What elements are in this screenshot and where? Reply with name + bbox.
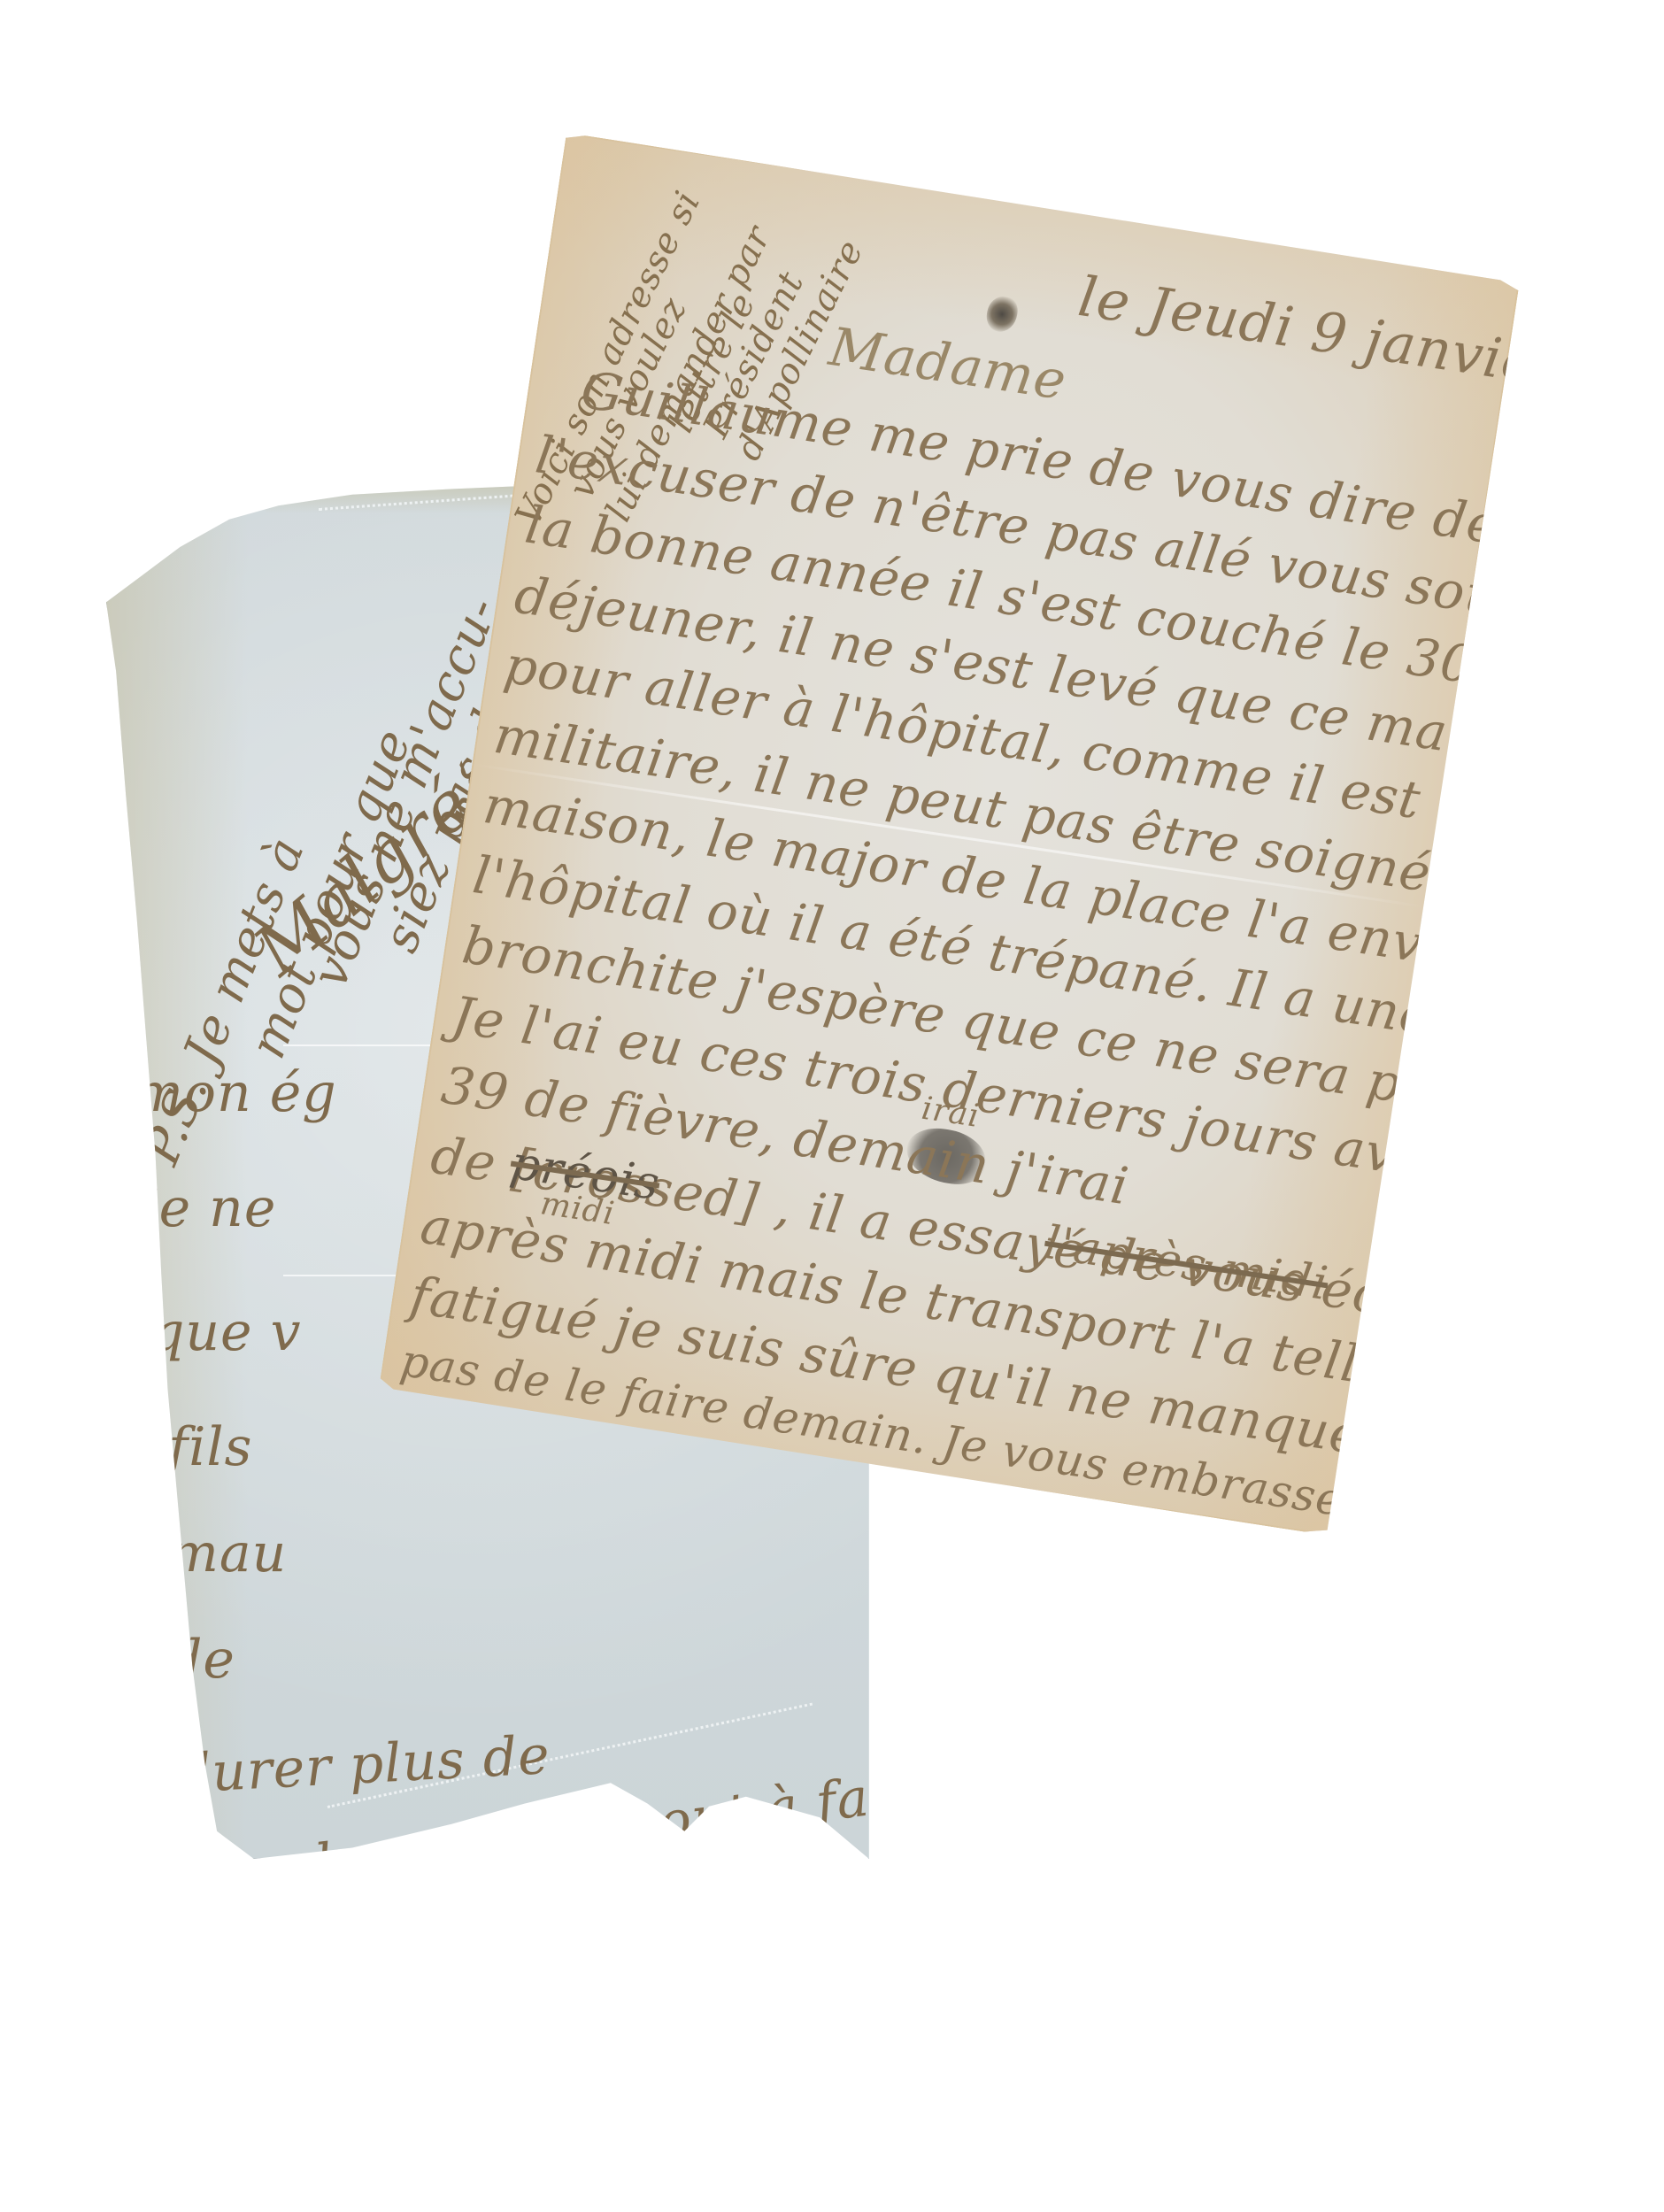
body-line: mon ég bbox=[133, 1062, 337, 1124]
scanned-letters: P.S. Je mets à mot pour que vous ne m'ac… bbox=[0, 0, 1664, 2212]
body-line: fils bbox=[168, 1416, 252, 1478]
body-line: je ne bbox=[142, 1177, 276, 1239]
body-line: de bbox=[168, 1629, 235, 1691]
body-line: les seules autorisées. bbox=[192, 1923, 789, 2036]
body-line: que v bbox=[150, 1301, 302, 1363]
closing-signature: Respectueusement G. bbox=[312, 1981, 875, 2154]
body-line: mau bbox=[168, 1522, 287, 1584]
front-letter-card: le Jeudi 9 janvier Madame Voici son adre… bbox=[378, 133, 1521, 1536]
